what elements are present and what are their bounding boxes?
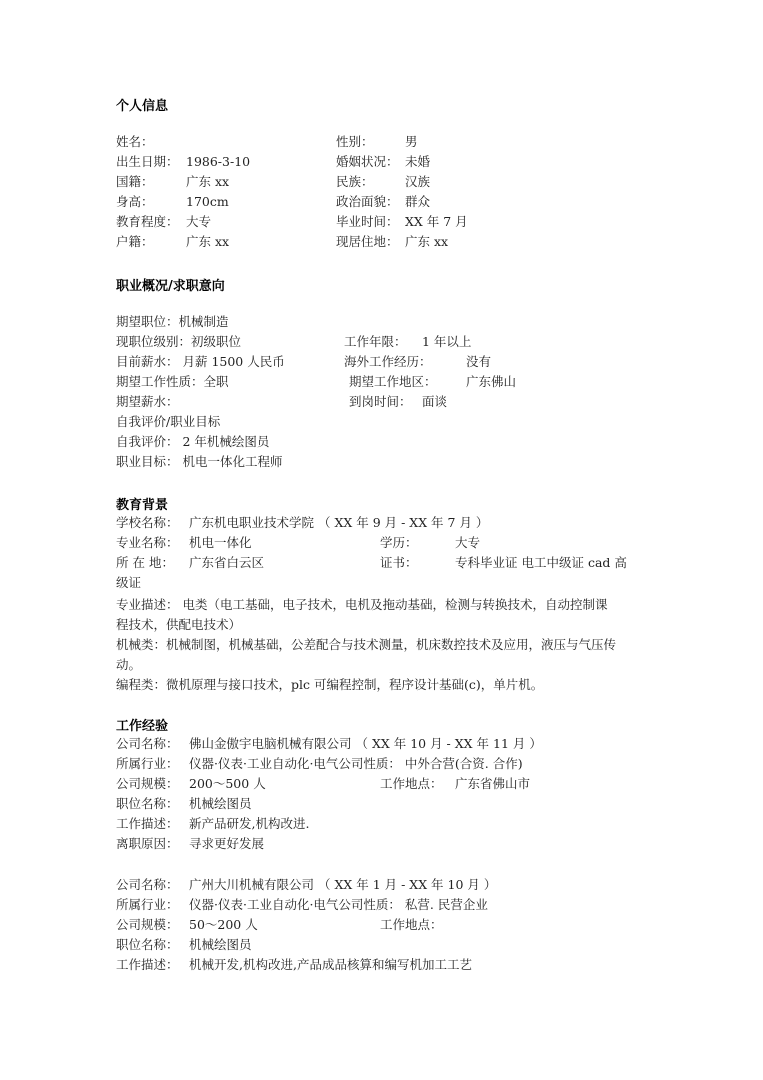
job2-title-value: 机械绘图员 [189,937,252,953]
job1-desc-value: 新产品研发,机构改进. [189,816,309,832]
job2-size-value: 50～200 人 [189,917,258,933]
section-heading-education: 教育背景 [116,494,168,513]
job1-industry-label: 所属行业： [116,756,179,772]
career-row-4: 期望工作性质：全职 [116,374,229,390]
value-school: 广东机电职业技术学院 （ XX 年 9 月 - XX 年 7 月 ） [189,515,488,531]
job2-size-label: 公司规模： [116,917,179,933]
label-education-level: 教育程度： [116,214,179,230]
value-degree: 大专 [455,535,480,551]
job1-title-label: 职位名称： [116,796,179,812]
edu-desc-line-5: 编程类：微机原理与接口技术，plc 可编程控制，程序设计基础(c)，单片机。 [116,677,543,693]
label-marital: 婚姻状况： [336,154,399,170]
job1-size-label: 公司规模： [116,776,179,792]
label-residence: 现居住地： [336,234,399,250]
job2-place-label: 工作地点： [380,917,443,933]
value-political: 群众 [405,194,430,210]
career-row-5: 期望薪水： [116,394,179,410]
job1-leave-label: 离职原因： [116,836,179,852]
value-major: 机电一体化 [189,535,252,551]
label-ethnicity: 民族： [336,174,374,190]
career-row-2: 现职位级别：初级职位 [116,334,241,350]
job2-desc-value: 机械开发,机构改进,产品成品核算和编写机加工工艺 [189,957,472,973]
value-work-years: 1 年以上 [422,334,471,350]
career-row-8: 职业目标： 机电一体化工程师 [116,454,282,470]
career-row-6: 自我评价/职业目标 [116,414,220,430]
job2-desc-label: 工作描述： [116,957,179,973]
label-degree: 学历： [380,535,418,551]
label-certificates: 证书： [380,555,418,571]
job1-place-value: 广东省佛山市 [455,776,530,792]
value-overseas: 没有 [466,354,491,370]
job2-company-label: 公司名称： [116,877,179,893]
career-row-1: 期望职位：机械制造 [116,314,229,330]
label-height: 身高： [116,194,154,210]
job1-size-value: 200～500 人 [189,776,266,792]
job1-company-label: 公司名称： [116,736,179,752]
value-ethnicity: 汉族 [405,174,430,190]
value-certificates: 专科毕业证 电工中级证 cad 高 [455,555,627,571]
value-marital: 未婚 [405,154,430,170]
job1-leave-value: 寻求更好发展 [189,836,264,852]
value-gender: 男 [405,134,418,150]
label-location: 所 在 地： [116,555,174,571]
value-household: 广东 xx [186,234,229,250]
value-education-level: 大专 [186,214,211,230]
job1-desc-label: 工作描述： [116,816,179,832]
label-household: 户籍： [116,234,154,250]
value-height: 170cm [186,194,229,210]
resume-page: 个人信息 姓名： 性别： 男 出生日期： 1986-3-10 婚姻状况： 未婚 … [0,0,763,1080]
value-graduation: XX 年 7 月 [405,214,468,230]
section-heading-career: 职业概况/求职意向 [116,275,225,294]
edu-desc-line-4: 动。 [116,657,141,673]
section-heading-personal: 个人信息 [116,95,168,114]
label-desired-region: 期望工作地区： [349,374,437,390]
job2-industry-label: 所属行业： [116,897,179,913]
label-start-time: 到岗时间： [349,394,412,410]
label-work-years: 工作年限： [344,334,407,350]
value-nationality: 广东 xx [186,174,229,190]
job2-industry-value: 仪器·仪表·工业自动化·电气公司性质： 私营. 民营企业 [189,897,488,913]
label-nationality: 国籍： [116,174,154,190]
edu-desc-line-2: 程技术，供配电技术） [116,617,241,633]
value-start-time: 面谈 [422,394,447,410]
label-major: 专业名称： [116,535,179,551]
label-overseas: 海外工作经历： [344,354,432,370]
career-row-7: 自我评价： 2 年机械绘图员 [116,434,269,450]
value-desired-region: 广东佛山 [466,374,516,390]
edu-desc-line-1: 专业描述： 电类（电工基础，电子技术，电机及拖动基础，检测与转换技术，自动控制课 [116,597,607,613]
value-certificates-cont: 级证 [116,575,141,591]
job1-title-value: 机械绘图员 [189,796,252,812]
label-school: 学校名称： [116,515,179,531]
label-graduation: 毕业时间： [336,214,399,230]
label-political: 政治面貌： [336,194,399,210]
section-heading-work: 工作经验 [116,715,168,734]
value-location: 广东省白云区 [189,555,264,571]
job2-title-label: 职位名称： [116,937,179,953]
label-birthdate: 出生日期： [116,154,179,170]
job2-company-value: 广州大川机械有限公司 （ XX 年 1 月 - XX 年 10 月 ） [189,877,496,893]
edu-desc-line-3: 机械类：机械制图，机械基础，公差配合与技术测量，机床数控技术及应用，液压与气压传 [116,637,616,653]
job1-company-value: 佛山金傲宇电脑机械有限公司 （ XX 年 10 月 - XX 年 11 月 ） [189,736,542,752]
career-row-3: 目前薪水： 月薪 1500 人民币 [116,354,285,370]
value-birthdate: 1986-3-10 [186,154,250,170]
job1-place-label: 工作地点： [380,776,443,792]
label-gender: 性别： [336,134,374,150]
job1-industry-value: 仪器·仪表·工业自动化·电气公司性质： 中外合营(合资. 合作) [189,756,523,772]
label-name: 姓名： [116,134,154,150]
value-residence: 广东 xx [405,234,448,250]
